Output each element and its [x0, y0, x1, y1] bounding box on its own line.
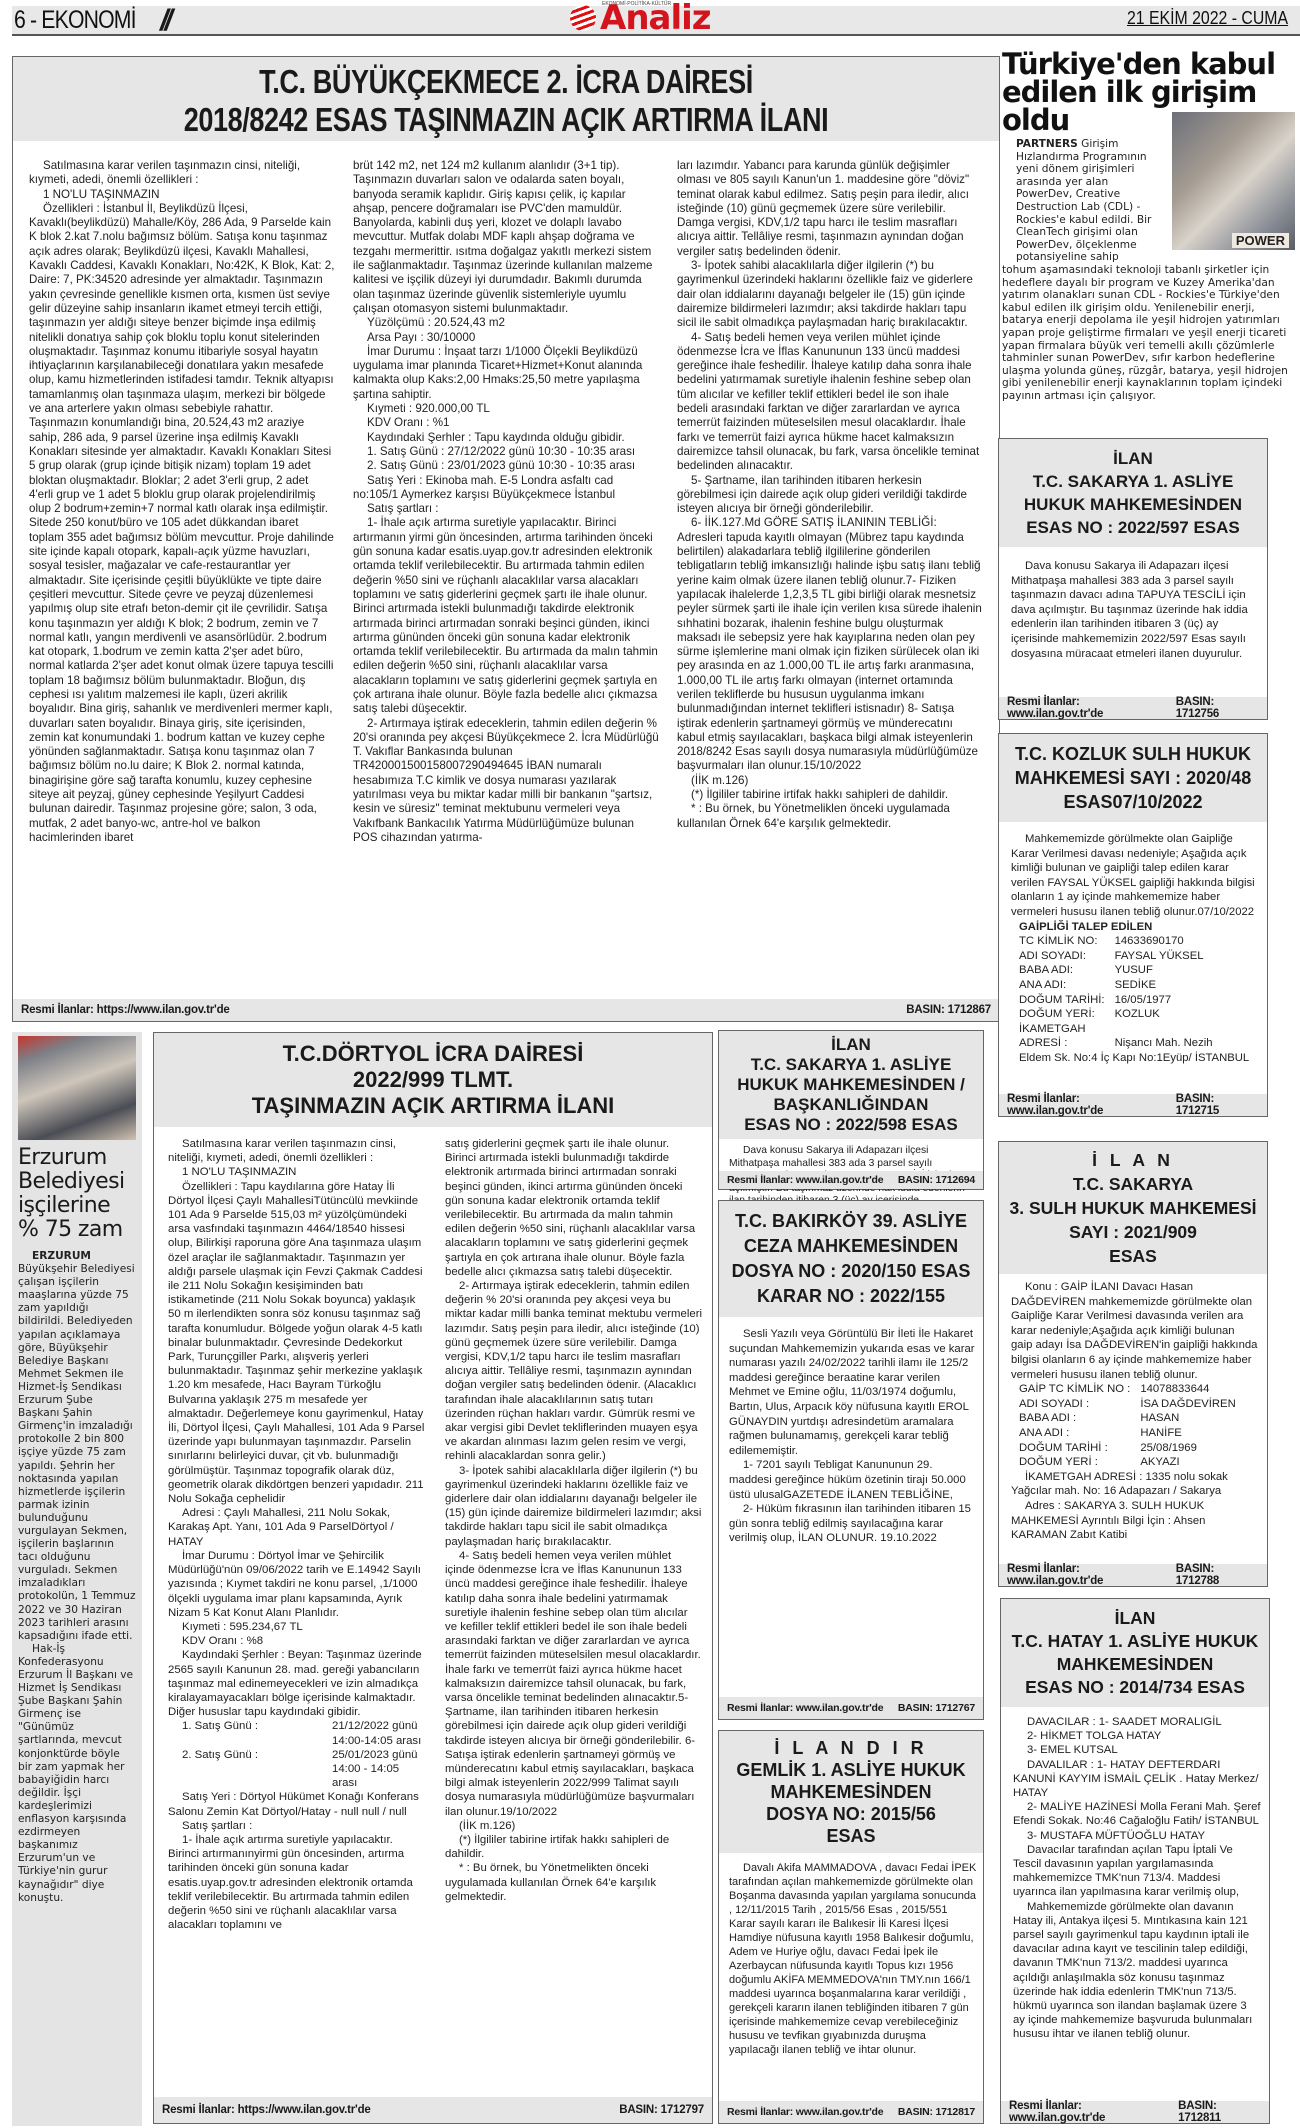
title-line: TAŞINMAZIN AÇIK ARTIRMA İLANI	[154, 1093, 712, 1119]
paragraph: 6- İİK.127.Md GÖRE SATIŞ İLANININ TEBLİĞ…	[677, 516, 983, 773]
paragraph: brüt 142 m2, net 124 m2 kullanım alanlıd…	[353, 159, 659, 316]
official-ads-link[interactable]: Resmi İlanlar: www.ilan.gov.tr'de	[1007, 696, 1176, 720]
title-line: GEMLİK 1. ASLİYE HUKUK	[719, 1759, 983, 1781]
notice-header: İ L A N T.C. SAKARYA 3. SULH HUKUK MAHKE…	[999, 1142, 1267, 1274]
photo-caption: POWER	[1232, 233, 1289, 248]
title-line: ESAS	[719, 1825, 983, 1847]
title-line: T.C. SAKARYA	[999, 1172, 1267, 1196]
defendant: 3- MUSTAFA MÜFTÜOĞLU HATAY	[1013, 1829, 1261, 1843]
paragraph: satış giderlerini geçmek şartı ile ihale…	[445, 1137, 702, 1279]
title-line: SAYI : 2021/909	[999, 1220, 1267, 1244]
field-value: 16/05/1977	[1115, 993, 1259, 1008]
plaintiff: 3- EMEL KUTSAL	[1013, 1743, 1261, 1757]
title-line: ESAS07/10/2022	[999, 790, 1267, 814]
paragraph: 5- Şartname, ilan tarihinden itibaren he…	[677, 474, 983, 517]
defendant: 2- MALİYE HAZİNESİ Molla Ferani Mah. Şer…	[1013, 1800, 1261, 1828]
field-label: DOĞUM YERİ:	[1019, 1007, 1105, 1022]
notice-hatay: İLAN T.C. HATAY 1. ASLİYE HUKUK MAHKEMES…	[1000, 1598, 1270, 2124]
article-text: tohum aşamasındaki teknoloji tabanlı şir…	[1002, 264, 1295, 403]
address: Adresi : Çaylı Mahallesi, 211 Nolu Sokak…	[168, 1506, 425, 1549]
paragraph: 4- Satış bedeli hemen veya verilen mühle…	[445, 1549, 702, 1819]
field-value: HASAN	[1140, 1411, 1259, 1426]
press-number: BASIN: 1712817	[898, 2106, 975, 2118]
field-label: TC KİMLİK NO:	[1019, 934, 1105, 949]
defendant: DAVALILAR : 1- HATAY DEFTERDARI KANUNİ K…	[1013, 1758, 1261, 1801]
subheading: GAİPLİĞİ TALEP EDİLEN	[1011, 920, 1259, 935]
field-label: BABA ADI :	[1019, 1411, 1130, 1426]
notice-text: Mahkememizde görülmekte olan Gaipliğe Ka…	[1011, 832, 1259, 920]
official-ads-link[interactable]: Resmi İlanlar: www.ilan.gov.tr'de	[727, 1174, 883, 1186]
title-line: HUKUK MAHKEMESİNDEN	[999, 493, 1267, 516]
notice-footer: Resmi İlanlar: www.ilan.gov.tr'deBASIN: …	[719, 1171, 983, 1189]
title-line: İLAN	[1001, 1607, 1269, 1630]
paragraph: 3- İpotek sahibi alacaklılarla diğer ilg…	[445, 1464, 702, 1549]
paragraph: 1 NO'LU TAŞINMAZIN	[168, 1165, 425, 1179]
sale-terms-heading: Satış şartları :	[168, 1819, 425, 1833]
notice-footer: Resmi İlanlar: https://www.ilan.gov.tr'd…	[13, 999, 999, 1021]
globe-logo-icon	[570, 5, 596, 31]
title-line: T.C. SAKARYA 1. ASLİYE	[999, 470, 1267, 493]
press-number: BASIN: 1712767	[898, 1702, 975, 1714]
notice-footer: Resmi İlanlar: www.ilan.gov.tr'deBASIN: …	[719, 1697, 983, 1719]
paragraph: (*) İlgililer tabirine irtifak hakkı sah…	[445, 1833, 702, 1861]
sale-place: Satış Yeri : Ekinoba mah. E-5 Londra asf…	[353, 474, 659, 503]
notice-text: Mahkememizde görülmekte olan davanın Hat…	[1013, 1900, 1261, 2042]
paragraph: (İİK m.126)	[445, 1819, 702, 1833]
title-line: ESAS NO : 2022/598 ESAS	[719, 1115, 983, 1135]
field-value: YUSUF	[1115, 963, 1259, 978]
title-line: ESAS NO : 2022/597 ESAS	[999, 516, 1267, 539]
article-photo	[18, 1036, 136, 1140]
title-line: İLAN	[719, 1035, 983, 1055]
notice-text: Davalı Akifa MAMMADOVA , davacı Fedai İP…	[729, 1861, 977, 2057]
sale-day-label: 1. Satış Günü :	[182, 1719, 332, 1733]
press-number: BASIN: 1712797	[619, 2104, 704, 2116]
article-headline: Erzurum Belediyesi işçilerine % 75 zam	[18, 1146, 136, 1242]
official-ads-link[interactable]: Resmi İlanlar: www.ilan.gov.tr'de	[727, 1702, 883, 1714]
notice-header: T.C. BÜYÜKÇEKMECE 2. İCRA DAİRESİ 2018/8…	[13, 57, 999, 141]
paragraph: 1- İhale açık artırma suretiyle yapılaca…	[353, 516, 659, 716]
official-ads-link[interactable]: Resmi İlanlar: www.ilan.gov.tr'de	[1007, 1563, 1176, 1587]
title-line: T.C. SAKARYA 1. ASLİYE	[719, 1055, 983, 1075]
notice-header: İLAN T.C. SAKARYA 1. ASLİYE HUKUK MAHKEM…	[999, 439, 1267, 547]
title-line: 2022/999 TLMT.	[154, 1067, 712, 1093]
paragraph: * : Bu örnek, bu Yönetmeliklen önceki uy…	[677, 802, 983, 831]
main-auction-notice: T.C. BÜYÜKÇEKMECE 2. İCRA DAİRESİ 2018/8…	[12, 56, 1000, 1022]
article-text: Hak-İş Konfederasyonu Erzurum İl Başkanı…	[18, 1643, 136, 1905]
issue-date: 21 EKİM 2022 - CUMA	[1127, 8, 1288, 29]
residence-address: İKAMETGAH ADRESİ : 1335 nolu sokak Yağcı…	[1011, 1470, 1259, 1499]
notice-title-line2: 2018/8242 ESAS TAŞINMAZIN AÇIK ARTIRMA İ…	[102, 101, 911, 139]
press-number: BASIN: 1712694	[898, 1174, 975, 1186]
notice-header: T.C. KOZLUK SULH HUKUK MAHKEMESİ SAYI : …	[999, 734, 1267, 822]
court-address: Adres : SAKARYA 3. SULH HUKUK MAHKEMESİ …	[1011, 1499, 1259, 1543]
paragraph: 1- İhale açık artırma suretiyle yapılaca…	[168, 1833, 425, 1932]
notice-text: Sesli Yazılı veya Görüntülü Bir İleti İl…	[729, 1327, 977, 1458]
title-line: MAHKEMESİNDEN	[1001, 1653, 1269, 1676]
news-article-powerdev: Türkiye'den kabul edilen ilk girişim old…	[1000, 50, 1295, 442]
paragraph: Özellikleri : İstanbul İl, Beylikdüzü İl…	[29, 202, 335, 845]
notice-title-line1: T.C. BÜYÜKÇEKMECE 2. İCRA DAİRESİ	[102, 63, 911, 101]
field-label: ANA ADI:	[1019, 978, 1105, 993]
field-value	[1115, 1022, 1259, 1037]
paragraph: Satılmasına karar verilen taşınmazın cin…	[168, 1137, 425, 1165]
sale-place: Satış Yeri : Dörtyol Hükümet Konağı Konf…	[168, 1790, 425, 1818]
notice-text: 2- Hüküm fıkrasının ilan tarihinden itib…	[729, 1502, 977, 1546]
press-number: BASIN: 1712811	[1178, 2100, 1261, 2124]
field-label: İKAMETGAH	[1019, 1022, 1105, 1037]
field-value: 25/08/1969	[1140, 1441, 1259, 1456]
field-label: ADI SOYADI:	[1019, 949, 1105, 964]
paragraph: Özellikleri : Tapu kaydılarına göre Hata…	[168, 1180, 425, 1507]
title-line: MAHKEMESİ SAYI : 2020/48	[999, 766, 1267, 790]
title-line: İLAN	[999, 447, 1267, 470]
sale-terms-heading: Satış şartları :	[353, 502, 659, 516]
title-line: KARAR NO : 2022/155	[719, 1284, 983, 1309]
registry-notes: Kaydındaki Şerhler : Tapu kaydında olduğ…	[353, 431, 659, 445]
paragraph: 1 NO'LU TAŞINMAZIN	[29, 188, 335, 202]
title-line: DOSYA NO : 2020/150 ESAS	[719, 1259, 983, 1284]
press-number: BASIN: 1712867	[906, 1004, 991, 1016]
section-label: 6 - EKONOMİ	[14, 6, 136, 35]
paragraph: 4- Satış bedeli hemen veya verilen mühle…	[677, 331, 983, 474]
paragraph: 2- Artırmaya iştirak edeceklerin, tahmin…	[445, 1279, 702, 1464]
appraised-value: Kıymeti : 595.234,67 TL	[168, 1620, 425, 1634]
news-article-erzurum: Erzurum Belediyesi işçilerine % 75 zam E…	[12, 1032, 142, 2126]
notice-footer: Resmi İlanlar: www.ilan.gov.tr'deBASIN: …	[999, 1094, 1267, 1116]
paragraph: 2- Artırmaya iştirak edeceklerin, tahmin…	[353, 717, 659, 846]
field-value: HANİFE	[1140, 1426, 1259, 1441]
title-line: DOSYA NO: 2015/56	[719, 1803, 983, 1825]
field-value: AKYAZI	[1140, 1455, 1259, 1470]
title-line: T.C. BAKIRKÖY 39. ASLİYE	[719, 1209, 983, 1234]
title-line: T.C.DÖRTYOL İCRA DAİRESİ	[154, 1041, 712, 1067]
notice-gemlik: İ L A N D I R GEMLİK 1. ASLİYE HUKUK MAH…	[718, 1730, 984, 2124]
field-label: ADRESİ :	[1019, 1036, 1105, 1051]
notice-header: İ L A N D I R GEMLİK 1. ASLİYE HUKUK MAH…	[719, 1731, 983, 1853]
title-line: T.C. HATAY 1. ASLİYE HUKUK	[1001, 1630, 1269, 1653]
notice-footer: Resmi İlanlar: www.ilan.gov.tr'deBASIN: …	[1001, 2101, 1269, 2123]
sale-days: 1. Satış Günü :21/12/2022 günü 14:00-14:…	[168, 1719, 425, 1790]
area-value: Yüzölçümü : 20.524,43 m2	[353, 316, 659, 330]
notice-column-1: Satılmasına karar verilen taşınmazın cin…	[168, 1137, 425, 1932]
plaintiff: 2- HİKMET TOLGA HATAY	[1013, 1729, 1261, 1743]
notice-column-1: Satılmasına karar verilen taşınmazın cin…	[29, 159, 335, 845]
plaintiff: DAVACILAR : 1- SAADET MORALIGİL	[1013, 1715, 1261, 1729]
notice-sakarya-598: İLAN T.C. SAKARYA 1. ASLİYE HUKUK MAHKEM…	[718, 1030, 984, 1190]
field-value: FAYSAL YÜKSEL	[1115, 949, 1259, 964]
appraised-value: Kıymeti : 920.000,00 TL	[353, 402, 659, 416]
article-text: Girişim Hızlandırma Programının yeni dön…	[1016, 138, 1151, 263]
field-label: GAİP TC KİMLİK NO :	[1019, 1382, 1130, 1397]
field-value: KOZLUK	[1115, 1007, 1259, 1022]
title-line: CEZA MAHKEMESİNDEN	[719, 1234, 983, 1259]
notice-kozluk: T.C. KOZLUK SULH HUKUK MAHKEMESİ SAYI : …	[998, 733, 1268, 1117]
article-lead: ERZURUM	[32, 1250, 91, 1262]
person-details: GAİP TC KİMLİK NO :14078833644 ADI SOYAD…	[1011, 1382, 1259, 1470]
vat-rate: KDV Oranı : %1	[353, 416, 659, 430]
sale-day-time: 14:00-14:05 arası	[332, 1734, 425, 1748]
article-lead: PARTNERS	[1016, 138, 1078, 150]
paragraph: * : Bu örnek, bu Yönetmelikten önceki uy…	[445, 1861, 702, 1904]
sale-day-1: 1. Satış Günü : 27/12/2022 günü 10:30 - …	[353, 445, 659, 459]
newspaper-logo: Analiz EKONOMİ·POLİTİKA·KÜLTÜR	[570, 0, 711, 36]
field-label: DOĞUM TARİHİ :	[1019, 1441, 1130, 1456]
paragraph: 3- İpotek sahibi alacaklılarla diğer ilg…	[677, 259, 983, 330]
sale-day-label: 2. Satış Günü :	[182, 1748, 332, 1762]
notice-footer: Resmi İlanlar: www.ilan.gov.tr'deBASIN: …	[999, 697, 1267, 719]
notice-dortyol: T.C.DÖRTYOL İCRA DAİRESİ 2022/999 TLMT. …	[153, 1032, 713, 2124]
zoning-status: İmar Durumu : Dörtyol İmar ve Şehircilik…	[168, 1549, 425, 1620]
title-line: T.C. KOZLUK SULH HUKUK	[999, 742, 1267, 766]
land-share: Arsa Payı : 30/10000	[353, 331, 659, 345]
official-ads-link[interactable]: Resmi İlanlar: www.ilan.gov.tr'de	[1007, 1093, 1176, 1117]
paragraph: (İİK m.126)	[677, 774, 983, 788]
article-body: ERZURUM Büyükşehir Belediyesi çalışan iş…	[18, 1250, 136, 1905]
official-ads-link[interactable]: Resmi İlanlar: www.ilan.gov.tr'de	[727, 2106, 883, 2118]
official-ads-link[interactable]: Resmi İlanlar: https://www.ilan.gov.tr'd…	[21, 1004, 230, 1016]
article-photo: POWER	[1172, 112, 1295, 250]
address-tail: Eldem Sk. No:4 İç Kapı No:1Eyüp/ İSTANBU…	[1011, 1051, 1259, 1066]
notice-sakarya-3-sulh: İ L A N T.C. SAKARYA 3. SULH HUKUK MAHKE…	[998, 1141, 1268, 1587]
paragraph: (*) İlgililer tabirine irtifak hakkı sah…	[677, 788, 983, 802]
notice-column-2: brüt 142 m2, net 124 m2 kullanım alanlıd…	[353, 159, 659, 845]
notice-column-3: ları lazımdır. Yabancı para karunda günl…	[677, 159, 983, 845]
notice-body: Satılmasına karar verilen taşınmazın cin…	[13, 141, 999, 845]
field-value: Nişancı Mah. Nezih	[1115, 1036, 1259, 1051]
notice-sakarya-597: İLAN T.C. SAKARYA 1. ASLİYE HUKUK MAHKEM…	[998, 438, 1268, 720]
notice-header: İLAN T.C. HATAY 1. ASLİYE HUKUK MAHKEMES…	[1001, 1599, 1269, 1707]
registry-notes: Kaydındaki Şerhler : Beyan: Taşınmaz üze…	[168, 1648, 425, 1719]
notice-text: Konu : GAİP İLANI Davacı Hasan DAĞDEVİRE…	[1011, 1280, 1259, 1382]
field-value: 14633690170	[1115, 934, 1259, 949]
sale-day-time: 14:00 - 14:05 arası	[332, 1762, 425, 1790]
notice-header: T.C. BAKIRKÖY 39. ASLİYE CEZA MAHKEMESİN…	[719, 1201, 983, 1317]
title-line: ESAS	[999, 1244, 1267, 1268]
title-line: BAŞKANLIĞINDAN	[719, 1095, 983, 1115]
title-line: HUKUK MAHKEMESİNDEN /	[719, 1075, 983, 1095]
title-line: İ L A N D I R	[719, 1737, 983, 1759]
official-ads-link[interactable]: Resmi İlanlar: www.ilan.gov.tr'de	[1009, 2100, 1178, 2124]
field-value: SEDİKE	[1115, 978, 1259, 993]
paragraph: Satılmasına karar verilen taşınmazın cin…	[29, 159, 335, 188]
title-line: ESAS NO : 2014/734 ESAS	[1001, 1676, 1269, 1699]
field-label: ADI SOYADI :	[1019, 1397, 1130, 1412]
official-ads-link[interactable]: Resmi İlanlar: https://www.ilan.gov.tr'd…	[162, 2104, 371, 2116]
paragraph: ları lazımdır. Yabancı para karunda günl…	[677, 159, 983, 259]
notice-bakirkoy: T.C. BAKIRKÖY 39. ASLİYE CEZA MAHKEMESİN…	[718, 1200, 984, 1720]
field-label: BABA ADI:	[1019, 963, 1105, 978]
notice-footer: Resmi İlanlar: https://www.ilan.gov.tr'd…	[154, 2097, 712, 2123]
notice-text: 1- 7201 sayılı Tebligat Kanununun 29. ma…	[729, 1458, 977, 1502]
field-label: DOĞUM YERİ :	[1019, 1455, 1130, 1470]
notice-footer: Resmi İlanlar: www.ilan.gov.tr'deBASIN: …	[719, 2101, 983, 2123]
article-text: Büyükşehir Belediyesi çalışan işçilerin …	[18, 1263, 136, 1642]
press-number: BASIN: 1712788	[1176, 1563, 1259, 1587]
section-slashes: //	[160, 4, 169, 38]
sale-day-date: 25/01/2023 günü	[332, 1748, 425, 1762]
field-label: ANA ADI :	[1019, 1426, 1130, 1441]
zoning-status: İmar Durumu : İnşaat tarzı 1/1000 Ölçekl…	[353, 345, 659, 402]
sale-day-2: 2. Satış Günü : 23/01/2023 günü 10:30 - …	[353, 459, 659, 473]
title-line: İ L A N	[999, 1148, 1267, 1172]
notice-header: T.C.DÖRTYOL İCRA DAİRESİ 2022/999 TLMT. …	[154, 1033, 712, 1127]
vat-rate: KDV Oranı : %8	[168, 1634, 425, 1648]
notice-text: Davacılar tarafından açılan Tapu İptali …	[1013, 1843, 1261, 1900]
title-line: MAHKEMESİNDEN	[719, 1781, 983, 1803]
title-line: 3. SULH HUKUK MAHKEMESİ	[999, 1196, 1267, 1220]
logo-tagline: EKONOMİ·POLİTİKA·KÜLTÜR	[602, 1, 671, 7]
notice-text: Dava konusu Sakarya ili Adapazarı ilçesi…	[1011, 559, 1257, 661]
notice-header: İLAN T.C. SAKARYA 1. ASLİYE HUKUK MAHKEM…	[719, 1031, 983, 1139]
press-number: BASIN: 1712756	[1176, 696, 1259, 720]
sale-day-date: 21/12/2022 günü	[332, 1719, 425, 1733]
press-number: BASIN: 1712715	[1176, 1093, 1259, 1117]
notice-column-2: satış giderlerini geçmek şartı ile ihale…	[445, 1137, 702, 1932]
field-value: İSA DAĞDEVİREN	[1140, 1397, 1259, 1412]
notice-footer: Resmi İlanlar: www.ilan.gov.tr'deBASIN: …	[999, 1564, 1267, 1586]
person-details: TC KİMLİK NO:14633690170 ADI SOYADI:FAYS…	[1011, 934, 1259, 1051]
field-label: DOĞUM TARİHİ:	[1019, 993, 1105, 1008]
field-value: 14078833644	[1140, 1382, 1259, 1397]
